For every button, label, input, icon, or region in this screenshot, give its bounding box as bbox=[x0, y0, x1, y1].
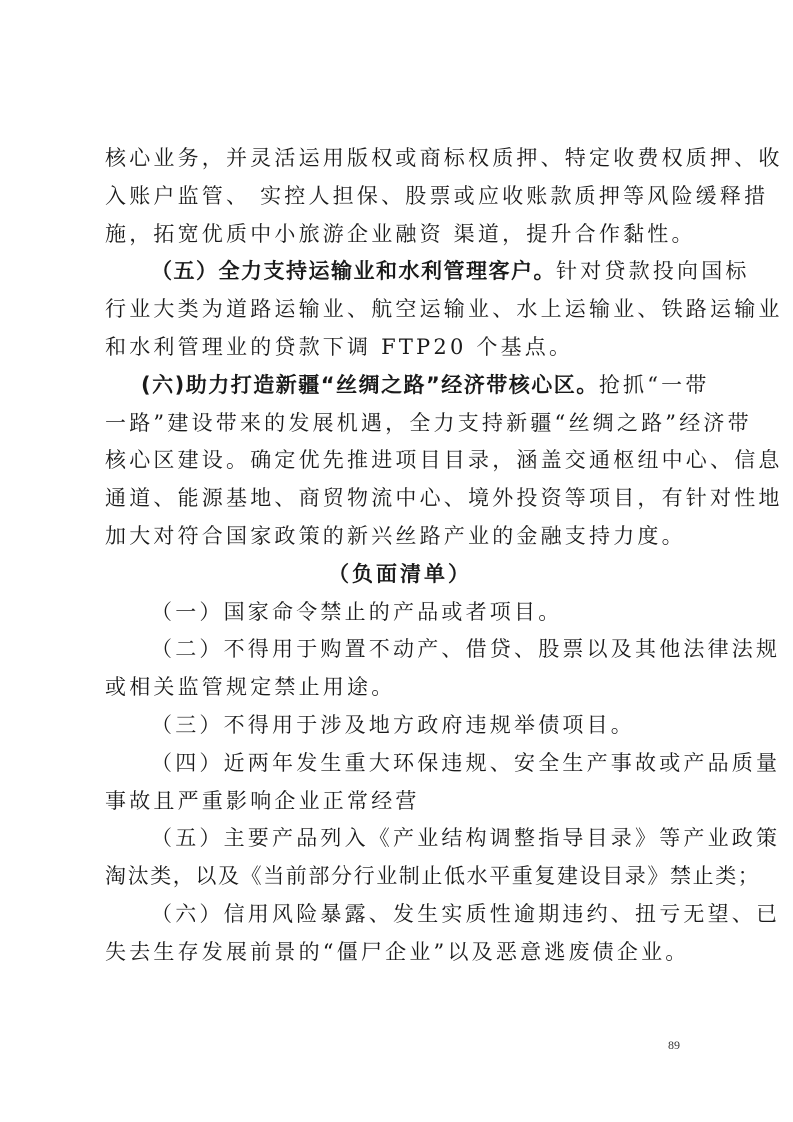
negative-list-item: （五）主要产品列入《产业结构调整指导目录》等产业政策 淘汰类，以及《当前部分行业… bbox=[105, 820, 695, 896]
paragraph-tourism-financing: 核心业务，并灵活运用版权或商标权质押、特定收费权质押、收 入账户监管、 实控人担… bbox=[105, 140, 695, 253]
negative-list: （负面清单） （一）国家命令禁止的产品或者项目。 （二）不得用于购置不动产、借贷… bbox=[105, 556, 695, 972]
text-line: 核心区建设。确定优先推进项目目录，涵盖交通枢纽中心、信息 bbox=[105, 442, 695, 480]
text-line: （五）主要产品列入《产业结构调整指导目录》等产业政策 bbox=[105, 820, 695, 858]
section-silk-road: (六)助力打造新疆“丝绸之路”经济带核心区。抢抓“一带 一路”建设带来的发展机遇… bbox=[105, 367, 695, 556]
negative-list-item: （四）近两年发生重大环保违规、安全生产事故或产品质量 事故且严重影响企业正常经营 bbox=[105, 745, 695, 821]
text-line: （三）不得用于涉及地方政府违规举债项目。 bbox=[105, 707, 695, 745]
text-line: 失去生存发展前景的“僵尸企业”以及恶意逃废债企业。 bbox=[105, 934, 695, 972]
text-line: 加大对符合国家政策的新兴丝路产业的金融支持力度。 bbox=[105, 518, 695, 556]
text-line: （六）信用风险暴露、发生实质性逾期违约、扭亏无望、已 bbox=[105, 896, 695, 934]
section-transport-water: （五）全力支持运输业和水利管理客户。针对贷款投向国标 行业大类为道路运输业、航空… bbox=[105, 253, 695, 366]
text-line: （五）全力支持运输业和水利管理客户。针对贷款投向国标 bbox=[105, 253, 695, 291]
negative-list-title: （负面清单） bbox=[105, 556, 695, 594]
section-heading: （五）全力支持运输业和水利管理客户。 bbox=[151, 259, 556, 283]
text-line: 行业大类为道路运输业、航空运输业、水上运输业、铁路运输业 bbox=[105, 291, 695, 329]
text-line: 入账户监管、 实控人担保、股票或应收账款质押等风险缓释措 bbox=[105, 178, 695, 216]
negative-list-item: （六）信用风险暴露、发生实质性逾期违约、扭亏无望、已 失去生存发展前景的“僵尸企… bbox=[105, 896, 695, 972]
text-line: 淘汰类，以及《当前部分行业制止低水平重复建设目录》禁止类； bbox=[105, 858, 695, 896]
text-line: 通道、能源基地、商贸物流中心、境外投资等项目，有针对性地 bbox=[105, 480, 695, 518]
page-number: 89 bbox=[668, 1038, 680, 1053]
text-line: （四）近两年发生重大环保违规、安全生产事故或产品质量 bbox=[105, 745, 695, 783]
negative-list-item: （二）不得用于购置不动产、借贷、股票以及其他法律法规 或相关监管规定禁止用途。 bbox=[105, 631, 695, 707]
section-text: 抢抓“一带 bbox=[599, 373, 710, 397]
text-line: (六)助力打造新疆“丝绸之路”经济带核心区。抢抓“一带 bbox=[105, 367, 695, 405]
text-line: 一路”建设带来的发展机遇，全力支持新疆“丝绸之路”经济带 bbox=[105, 405, 695, 443]
text-line: 事故且严重影响企业正常经营 bbox=[105, 783, 695, 821]
text-line: 或相关监管规定禁止用途。 bbox=[105, 669, 695, 707]
text-line: （二）不得用于购置不动产、借贷、股票以及其他法律法规 bbox=[105, 631, 695, 669]
section-heading: (六)助力打造新疆“丝绸之路”经济带核心区。 bbox=[141, 373, 599, 397]
text-line: 施，拓宽优质中小旅游企业融资 渠道，提升合作黏性。 bbox=[105, 216, 695, 254]
document-page: 核心业务，并灵活运用版权或商标权质押、特定收费权质押、收 入账户监管、 实控人担… bbox=[0, 0, 793, 1122]
text-line: （一）国家命令禁止的产品或者项目。 bbox=[105, 594, 695, 632]
negative-list-item: （三）不得用于涉及地方政府违规举债项目。 bbox=[105, 707, 695, 745]
text-line: 和水利管理业的贷款下调 FTP20 个基点。 bbox=[105, 329, 695, 367]
text-line: 核心业务，并灵活运用版权或商标权质押、特定收费权质押、收 bbox=[105, 140, 695, 178]
negative-list-item: （一）国家命令禁止的产品或者项目。 bbox=[105, 594, 695, 632]
page-content: 核心业务，并灵活运用版权或商标权质押、特定收费权质押、收 入账户监管、 实控人担… bbox=[105, 140, 695, 972]
section-text: 针对贷款投向国标 bbox=[556, 259, 750, 283]
